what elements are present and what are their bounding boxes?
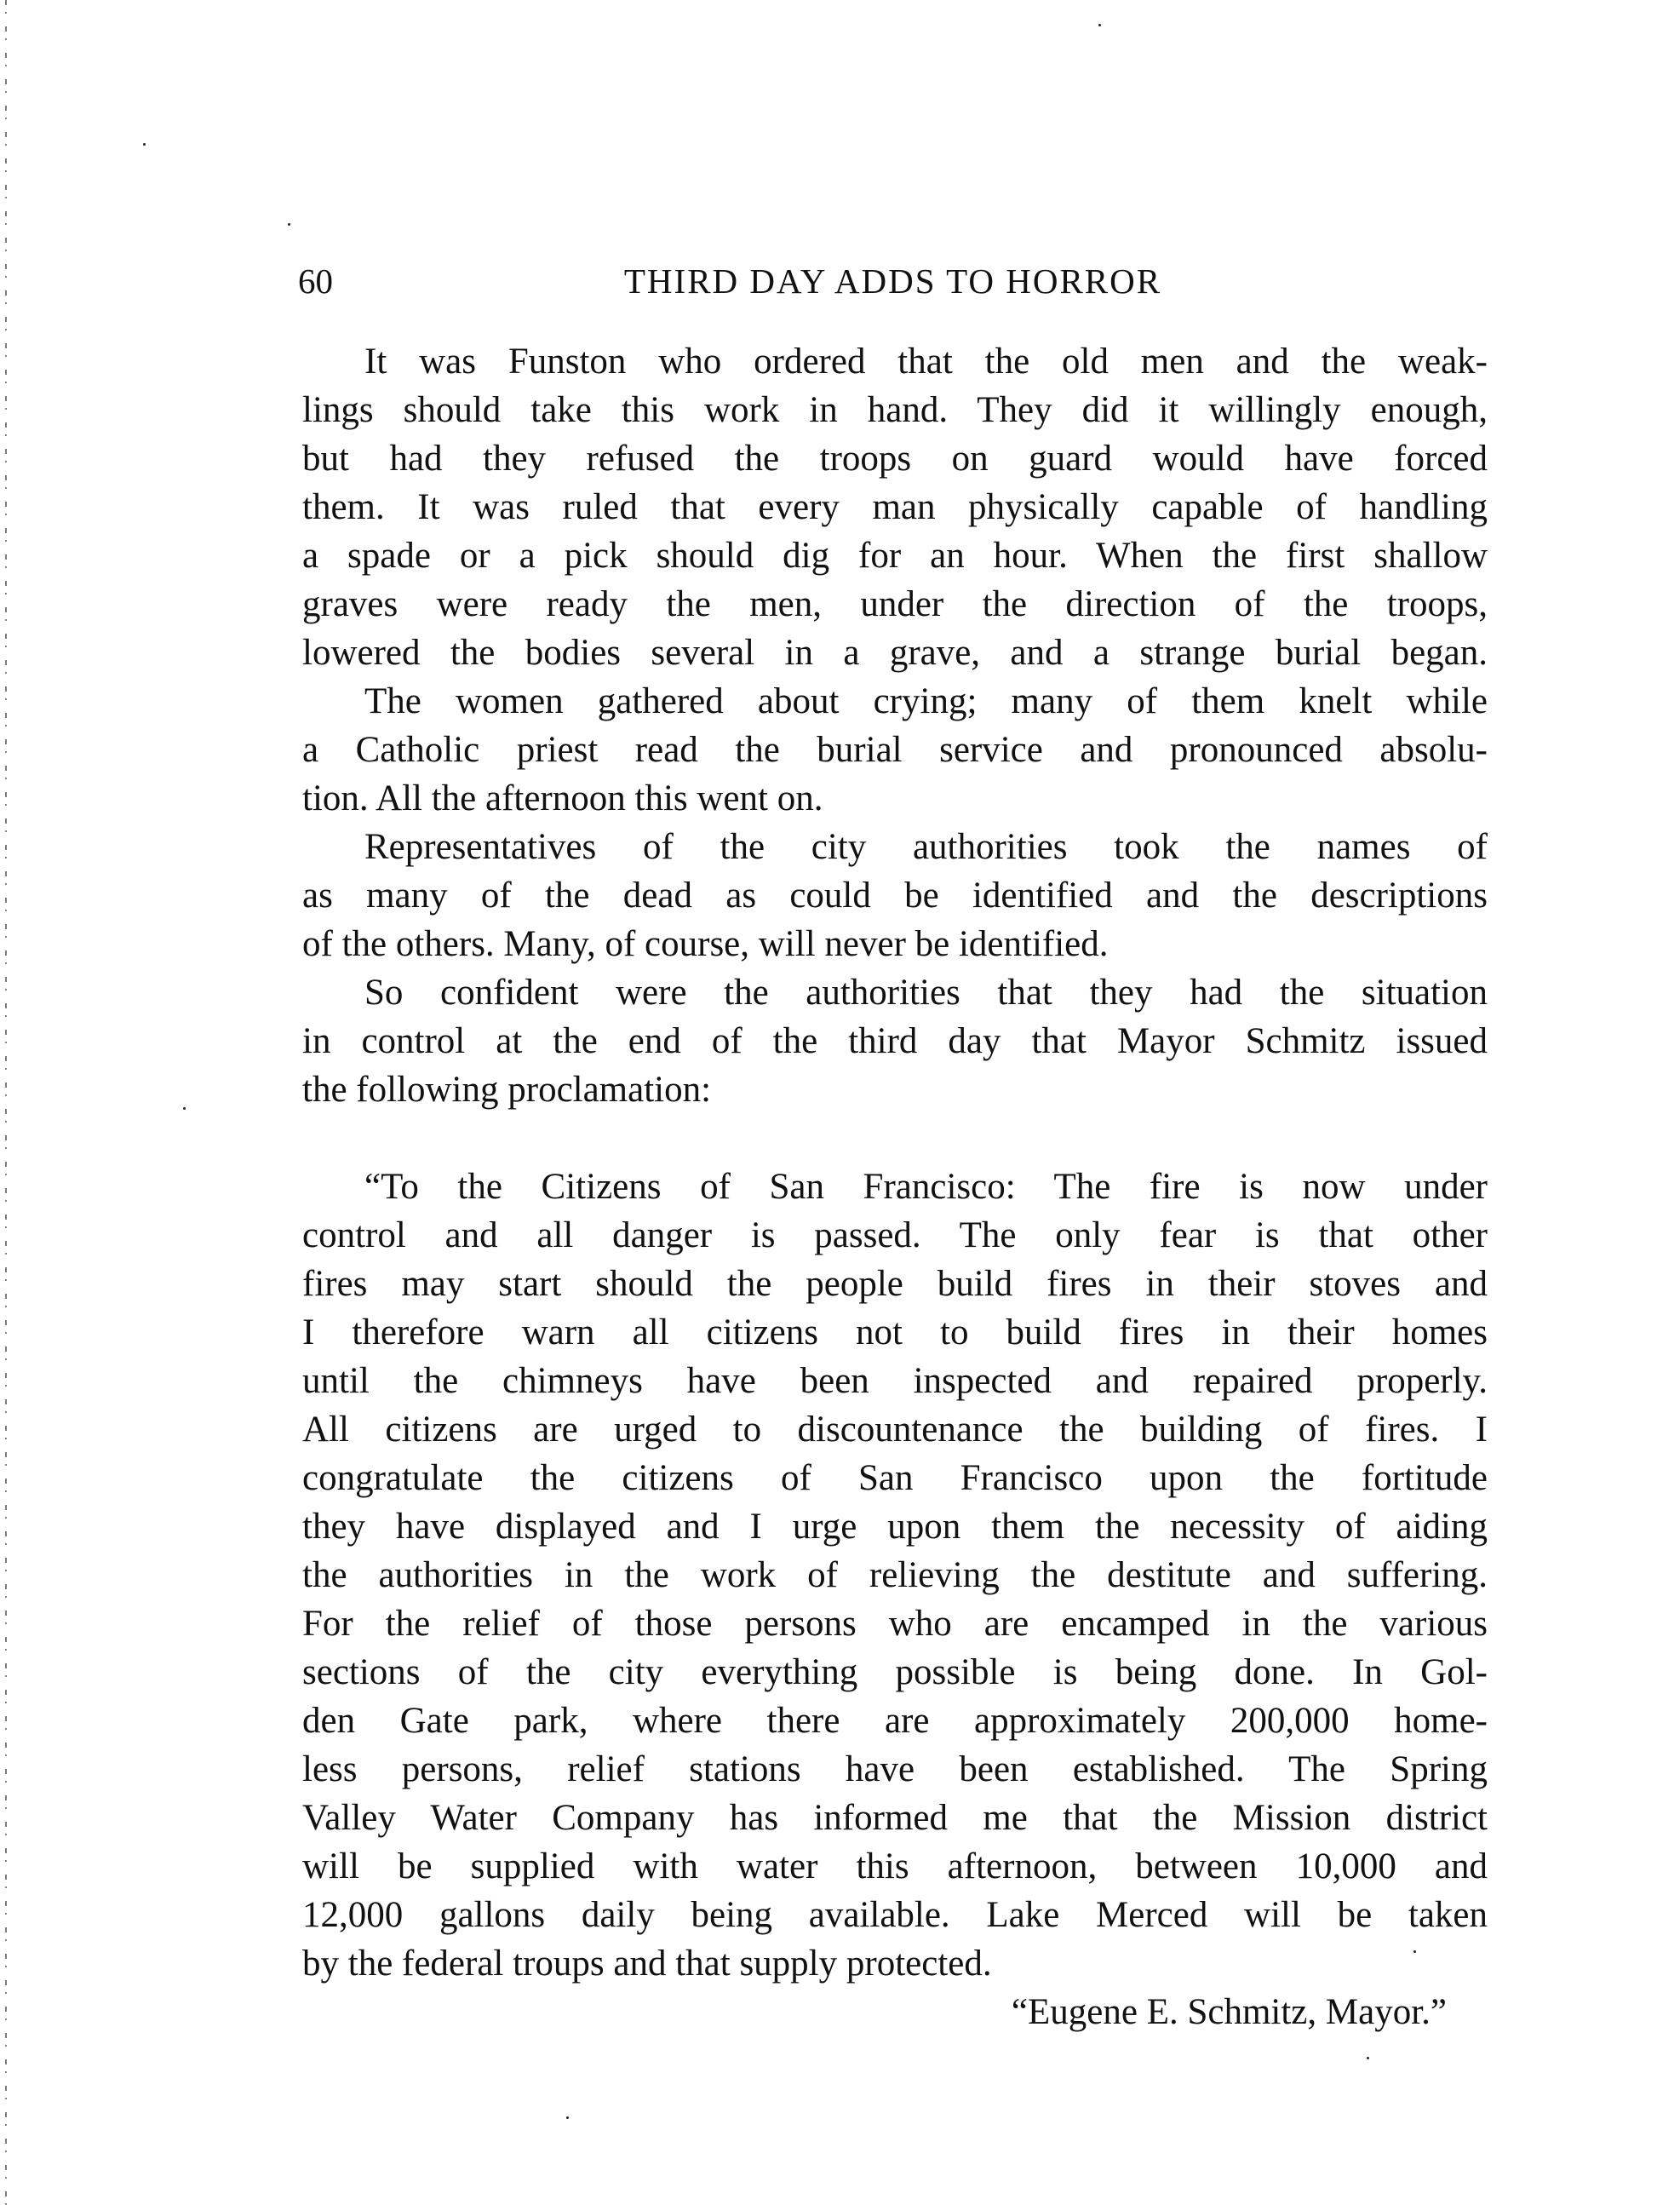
scan-speck xyxy=(183,1107,186,1110)
text-line: So confident were the authorities that t… xyxy=(302,968,1488,1017)
text-line: will be supplied with water this afterno… xyxy=(302,1842,1488,1891)
signature: “Eugene E. Schmitz, Mayor.” xyxy=(302,1988,1488,2036)
text-line: It was Funston who ordered that the old … xyxy=(302,337,1488,386)
text-line: fires may start should the people build … xyxy=(302,1260,1488,1308)
scan-speck xyxy=(288,223,290,226)
text-line: sections of the city everything possible… xyxy=(302,1648,1488,1697)
scan-speck xyxy=(1367,2057,1369,2059)
text-line: in control at the end of the third day t… xyxy=(302,1017,1488,1065)
text-line: until the chimneys have been inspected a… xyxy=(302,1357,1488,1405)
scan-speck xyxy=(143,143,146,146)
text-line: den Gate park, where there are approxima… xyxy=(302,1697,1488,1745)
text-line: Valley Water Company has informed me tha… xyxy=(302,1794,1488,1842)
running-head: 60 THIRD DAY ADDS TO HORROR xyxy=(298,261,1488,301)
text-line: less persons, relief stations have been … xyxy=(302,1745,1488,1794)
text-line: of the others. Many, of course, will nev… xyxy=(302,920,1488,968)
text-line: a spade or a pick should dig for an hour… xyxy=(302,531,1488,580)
scan-speck xyxy=(1098,24,1101,26)
text-line: lings should take this work in hand. The… xyxy=(302,386,1488,434)
text-line: All citizens are urged to discountenance… xyxy=(302,1405,1488,1454)
text-line: 12,000 gallons daily being available. La… xyxy=(302,1891,1488,1939)
text-line: Representatives of the city authorities … xyxy=(302,823,1488,871)
text-line: they have displayed and I urge upon them… xyxy=(302,1502,1488,1551)
text-line: as many of the dead as could be identifi… xyxy=(302,871,1488,920)
text-line: tion. All the afternoon this went on. xyxy=(302,774,1488,823)
text-line: the authorities in the work of relieving… xyxy=(302,1551,1488,1599)
text-line: but had they refused the troops on guard… xyxy=(302,434,1488,483)
paragraph-representatives: Representatives of the city authorities … xyxy=(302,823,1488,968)
text-line: the following proclamation: xyxy=(302,1065,1488,1114)
text-line: a Catholic priest read the burial servic… xyxy=(302,726,1488,774)
paragraph-confident: So confident were the authorities that t… xyxy=(302,968,1488,1114)
chapter-title: THIRD DAY ADDS TO HORROR xyxy=(298,261,1488,301)
text-line: by the federal troups and that supply pr… xyxy=(302,1939,1488,1988)
text-line: them. It was ruled that every man physic… xyxy=(302,483,1488,531)
body-text: It was Funston who ordered that the old … xyxy=(302,337,1488,2036)
paragraph-funston: It was Funston who ordered that the old … xyxy=(302,337,1488,677)
text-line: graves were ready the men, under the dir… xyxy=(302,580,1488,629)
text-line: The women gathered about crying; many of… xyxy=(302,677,1488,726)
book-page: 60 THIRD DAY ADDS TO HORROR It was Funst… xyxy=(0,0,1680,2205)
text-line: For the relief of those persons who are … xyxy=(302,1599,1488,1648)
blank-line xyxy=(302,1114,1488,1163)
proclamation: “To the Citizens of San Francisco: The f… xyxy=(302,1163,1488,2036)
paragraph-women: The women gathered about crying; many of… xyxy=(302,677,1488,823)
text-line: control and all danger is passed. The on… xyxy=(302,1211,1488,1260)
text-line: I therefore warn all citizens not to bui… xyxy=(302,1308,1488,1357)
scan-speck xyxy=(566,2116,569,2119)
text-line: “To the Citizens of San Francisco: The f… xyxy=(302,1163,1488,1211)
scan-edge-artifact xyxy=(5,0,7,2205)
text-line: lowered the bodies several in a grave, a… xyxy=(302,629,1488,677)
text-line: congratulate the citizens of San Francis… xyxy=(302,1454,1488,1502)
